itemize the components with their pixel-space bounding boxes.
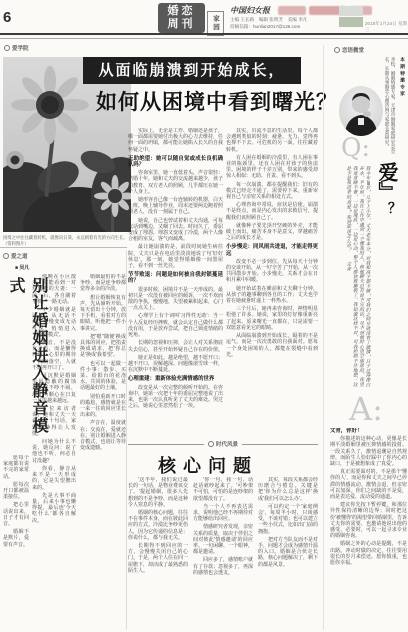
paragraph: 声音在，温度就在；交流在，爱就还在。别让婚姻进入静音模式，也别让等待变成遗憾。: [80, 420, 126, 451]
main-article-col-right: 其实，川流不息的生活里，每个人都会遇到类似的时刻：疲惫、无力、觉得再也撑不下去。…: [226, 128, 318, 439]
paragraph: 有位来访者说，她和丈夫一天说不了十句话，家里安静得让人发慌。: [32, 406, 76, 437]
paragraph: 长期的忽视和压抑，会让人对关系彻底失去信心，甚至开始怀疑自己存在的价值。: [128, 340, 223, 352]
photo-caption: 困境之中往往藏着转机，就像向日葵，永远朝着有光的方向生长。（资料图片）: [3, 235, 131, 246]
paragraph: 把对方当队友而不是对手，问题才会成为感情升温的入口。婚姻是合伙走长路，核心问题解…: [258, 537, 318, 568]
paragraph: '你一句，我一句，话赶话就吵起来了。'可吵架不可怕，可怕的是连吵架的欲望都没有了…: [193, 477, 253, 502]
answer-greeting: 文青，你好！: [330, 428, 407, 434]
masthead-stamp-logo: 婚恋 周刊: [158, 3, 205, 33]
paragraph: 她形容自己像一台连轴转的机器，白天上班，晚上辅导作业，周末还要两边跑着照顾老人，…: [128, 197, 223, 216]
paragraph: 把'嗯''随便'换成具体的回应，把指责换成请求，把'你总是'换成'我希望'。: [80, 334, 126, 359]
paragraph: 改变是从一次完整的倾听开始的。在咨询中，她第一次把十年的委屈完整地说了出来，也第…: [128, 385, 223, 410]
main-headline: 如何从困境中看到曙光？: [96, 86, 338, 116]
section-label-micro: 恋语微堂: [334, 46, 364, 54]
section-ring-icon: [3, 253, 9, 259]
section-label-loveway: 爱之道: [3, 252, 28, 260]
paragraph: 可沉默是婚姻里最隐蔽的腐蚀剂，它不吵不闹，却让两颗心在日复一日里越来越远。: [32, 373, 76, 404]
paragraph: 婚姻之外的心动是提醒，不是出路。冲动时做的决定，往往要用很长的岁月来偿还。愿你慎…: [330, 541, 407, 566]
paragraph: 把心里话说出来，日子才有回音。: [3, 502, 29, 527]
left-rail-divider: [0, 247, 127, 248]
paragraph: 婚姻的核心问题，往往不在事件本身，而在彼此回应的方式。冷漠比争吵更伤人，因为它传…: [128, 510, 188, 541]
answer-glyph: A:: [349, 390, 383, 428]
paragraph: 心理学上有个词叫'习得性无助'：当一个人反复经历挫败，就会认定自己做什么都没有用…: [128, 313, 223, 338]
paragraph: 其实，川流不息的生活里，每个人都会遇到类似的时刻：疲惫、无力、觉得再也撑不下去。…: [226, 128, 318, 153]
masthead-rule: [0, 33, 408, 39]
section-label-text: 恋语微堂: [342, 46, 364, 54]
advice-vertical-title: 我该怎样面对婚姻以外的『真爱』？: [372, 162, 408, 398]
answer-block: 文青，你好！ 你描述的这种心动，更像是长期平淡婚姻里被压抑情感的投射。一段关系久…: [330, 428, 407, 628]
paragraph: 长期得不到回应的一方，会慢慢关闭自己的心门。于是，两个人住在同一屋檐下，却活成了…: [128, 543, 188, 574]
answer-paragraphs: 你描述的这种心动，更像是长期平淡婚姻里被压抑情感的投射。一段关系久了，激情退潮是…: [330, 436, 407, 566]
paragraph: 有人困在婚姻的冷漠里，有人困在事业的瓶颈里，还有人困在对孩子的焦虑里。困境的样子…: [226, 155, 318, 180]
section-label-text: 爱之道: [11, 252, 28, 260]
paragraph: 三个月后，她再来咨询时，神情明显松弛了许多。她说，家里的灯好像重新亮了起来。原来…: [226, 306, 318, 331]
swatch-block: [339, 6, 363, 16]
main-headline-bar: 从面临崩溃到开始成长，: [83, 57, 301, 84]
paragraph: 真正需要面对的，不是那个'懂你的人'，而是你和丈夫之间早已停滞的情感流动。激情会…: [330, 469, 407, 500]
paragraph: '这半年，我们说过最长的一句话，是物业费该交了。'提起婚姻，很多人先想到的不是争…: [128, 477, 188, 508]
paragraph: 想让婚姻恢复有声，先从倾听开始。每天留出十分钟，放下手机，看着对方的眼睛，听他把…: [80, 295, 126, 332]
date-line: 2018年1月24日 星期三: [365, 21, 408, 33]
paragraph: 不少婚姻就是这样，从无话不谈，慢慢变成无话可说，悄悄进入了'静音模式'。: [32, 307, 76, 338]
swatch-block: [339, 17, 363, 27]
logo-line1: 婚恋: [158, 5, 205, 18]
paragraph: 实际上，无论是工作、婚姻还是孩子，哪一面都需要她付出极大的心力去维持，任何一面的…: [128, 128, 223, 153]
question-glyph: Q:: [341, 133, 370, 162]
paragraph: 改变不必一步到位。先从每天十分钟的交谈开始，从一句'辛苦了'开始，从一次共同散步…: [226, 259, 318, 284]
question-text-vertical: 我今年38岁，儿子上小学。丈夫老实本分，对我和孩子都不错，可我们之间早就没有了激…: [334, 166, 371, 390]
paragraph: 她正是如此。越是绝望，越不愿开口；越不开口，误解越深。问题像滚雪球一样，在沉默中…: [128, 355, 223, 374]
subhead: 小步慢走：同风雨共进退，才能走得更远: [226, 244, 318, 256]
banner-box: [278, 6, 306, 15]
newspaper-page: 6 婚恋 周刊 家园 中国妇女报 主编 王长路 编辑 张明芳 美编 李凡 投稿信…: [0, 0, 408, 632]
sunflower-tiny: [6, 151, 24, 169]
column-rule-right: [323, 45, 324, 630]
paragraph: 你描述的这种心动，更像是长期平淡婚姻里被压抑情感的投射。一段关系久了，激情退潮是…: [330, 436, 407, 467]
staff-line: 主编 王长路 编辑 张明芳 美编 李凡: [230, 17, 307, 23]
paragraph: 最让她崩溃的是，前段时间她生病住院，丈夫只是在电话里淡淡地说了句'好好休息'。那…: [128, 244, 223, 269]
section-ring-icon: [4, 45, 10, 51]
left-article-col-a: 傍晚在小区散步，常能看到一对对沉默的夫妻：一前一后，各自刷着手机，一路无话。不少…: [32, 274, 76, 630]
paragraph: 每一次崩溃，都在提醒我们：旧有的模式已经走不通了，需要停下来，重新审视自己与亲密…: [226, 182, 318, 201]
column-rule-left: [126, 250, 127, 630]
subhead: 无助绝望：她可以随自觉或成长良机确认吗？: [128, 156, 223, 168]
paragraph: 婚姻最怕的不是争吵，而是连争吵都觉得多余的冷淡。: [80, 274, 126, 293]
paragraph: 其实，每段关系都会经历磨合与倦怠。关键是把'你为什么总是这样'换成'我们可以怎么…: [258, 477, 318, 502]
paragraph: 回应多了，感情账户就有了存款；忽视多了，再深的感情也会透支。: [193, 557, 253, 576]
section-label-scene: 时代风景: [204, 440, 242, 448]
submission-email: 投稿信箱：hunlian2017@126.com: [230, 24, 300, 30]
section-label-academy: 爱学院: [4, 44, 29, 52]
paragraph: 咨询室里，她一直低着头，声音很轻：结婚十年，她和丈夫的交流越来越少，孩子的教育、…: [128, 170, 223, 195]
paragraph: 就像种子要先顶开坚硬的外壳，才能破土而出。痛苦本身不是意义，穿越痛苦之后的成长才…: [226, 223, 318, 242]
paragraph: 可以约定一个'家庭例会'，每周半小时，只谈感受，不谈对错；也可以建立一些小仪式，…: [258, 504, 318, 535]
paper-name: 中国妇女报: [230, 5, 270, 16]
left-article-col-b: 婚姻最怕的不是争吵，而是连争吵都觉得多余的冷淡。想让婚姻恢复有声，先从倾听开始。…: [80, 274, 126, 630]
paragraph: 建议你先按下暂停键，和那位异性保持清晰的边界；同时把这份'被懂得'的渴望带回婚姻…: [330, 502, 407, 539]
paragraph: 她说，自己也曾试着和丈夫沟通，可每次话到嘴边，又咽了回去。时间久了，委屈变成了埋…: [128, 218, 223, 243]
section-label-text: 时代风景: [216, 440, 238, 448]
paragraph: 你看，静音从来不是一天形成的，它是失望攒出来的。: [32, 466, 76, 491]
core-col-2: '你一句，我一句，话赶话就吵起来了。'可吵架不可怕，可怕的是连吵架的欲望都没有了…: [193, 477, 253, 630]
expert-portrait: [338, 85, 384, 137]
paragraph: 心理咨询中常说，症状是信使。崩溃不是终点，而是内心发出的求救信号，提醒我们该照顾…: [226, 202, 318, 221]
section-ring-icon: [334, 47, 340, 53]
page-number: 6: [3, 9, 11, 26]
core-col-1: '这半年，我们说过最长的一句话，是物业费该交了。'提起婚姻，很多人先想到的不是争…: [128, 477, 188, 630]
subhead: 节节败退：问题是如何被自我封锁蔓延的？: [128, 272, 223, 284]
logo-line2: 周刊: [158, 18, 205, 31]
subhead: 心理重建：重新体验充满情感的世界: [128, 376, 223, 382]
paragraph: 也可以一起做一件小事：散步、买菜、给阳台的花浇水。共同的体验，是话题最好的土壤。: [80, 361, 126, 392]
paragraph: 愿每次开口都被温柔接住。: [3, 482, 29, 501]
section-label-text: 爱学院: [12, 44, 29, 52]
paragraph: 很多时候，困境并不是一天形成的。最初只是一次没有被回应的倾诉，一次不欢而散的争执…: [128, 287, 223, 312]
paragraph: 愿每个家庭都有说不完的家常话。: [3, 455, 29, 480]
advice-title-part2: 『真爱』: [375, 162, 408, 378]
paragraph: 情感研究者发现，亲密关系的质量，取决于伴侣之间对彼此'情感邀请'的回应率。一句闲…: [193, 524, 253, 555]
header-swatches: [339, 6, 363, 27]
core-article-title: 核心问题: [128, 452, 318, 478]
paragraph: 傍晚在小区散步，常能看到一对对沉默的夫妻：一前一后，各自刷着手机，一路无话。: [32, 274, 76, 305]
main-article-col-left: 实际上，无论是工作、婚姻还是孩子，哪一面都需要她付出极大的心力去维持，任何一面的…: [128, 128, 223, 439]
paragraph: 她开始试着在睡前和丈夫聊十分钟，从孩子的趣事聊到各自的工作；丈夫也学着在她疲惫时…: [226, 286, 318, 305]
paragraph: 别怕重新开口时的尴尬，感情就是在一来一往的回应里长出来的。: [80, 394, 126, 419]
paragraph: 从面临崩溃到开始成长，隔着的不是运气，而是一次次勇敢的自我面对。愿每一个身处困境…: [226, 333, 318, 358]
paragraph: 婚姻不是默片，爱要有声音。: [3, 529, 29, 548]
section-label-scene-wrap: 时代风景: [128, 440, 318, 448]
left-article-col-under: 愿每个家庭都有说不完的家常话。愿每次开口都被温柔接住。把心里话说出来，日子才有回…: [3, 455, 29, 630]
left-article-byline: ■ 吴凡: [15, 264, 29, 271]
paragraph: 当一个人不再表达需求，说明他已经不再期待对方能够给出回应。: [193, 504, 253, 523]
expert-header-vertical: 本期特邀专家: [398, 57, 405, 153]
section-ring-icon: [208, 441, 214, 447]
core-col-3: 其实，每段关系都会经历磨合与倦怠。关键是把'你为什么总是这样'换成'我们可以怎么…: [258, 477, 318, 630]
paragraph: 问她为什么不说，她反问：说了他也不听，何必自讨没趣？: [32, 439, 76, 464]
advice-title-part3: ？: [379, 202, 394, 216]
paragraph: 先是大事不商量，后来小事也懒得提，最后连'今天吃什么'都各自解决。: [32, 493, 76, 524]
paragraph: 静音，不是没有矛盾，而是懒得再说。心里的期待一次次落空，人就不想再开口了。: [32, 340, 76, 371]
